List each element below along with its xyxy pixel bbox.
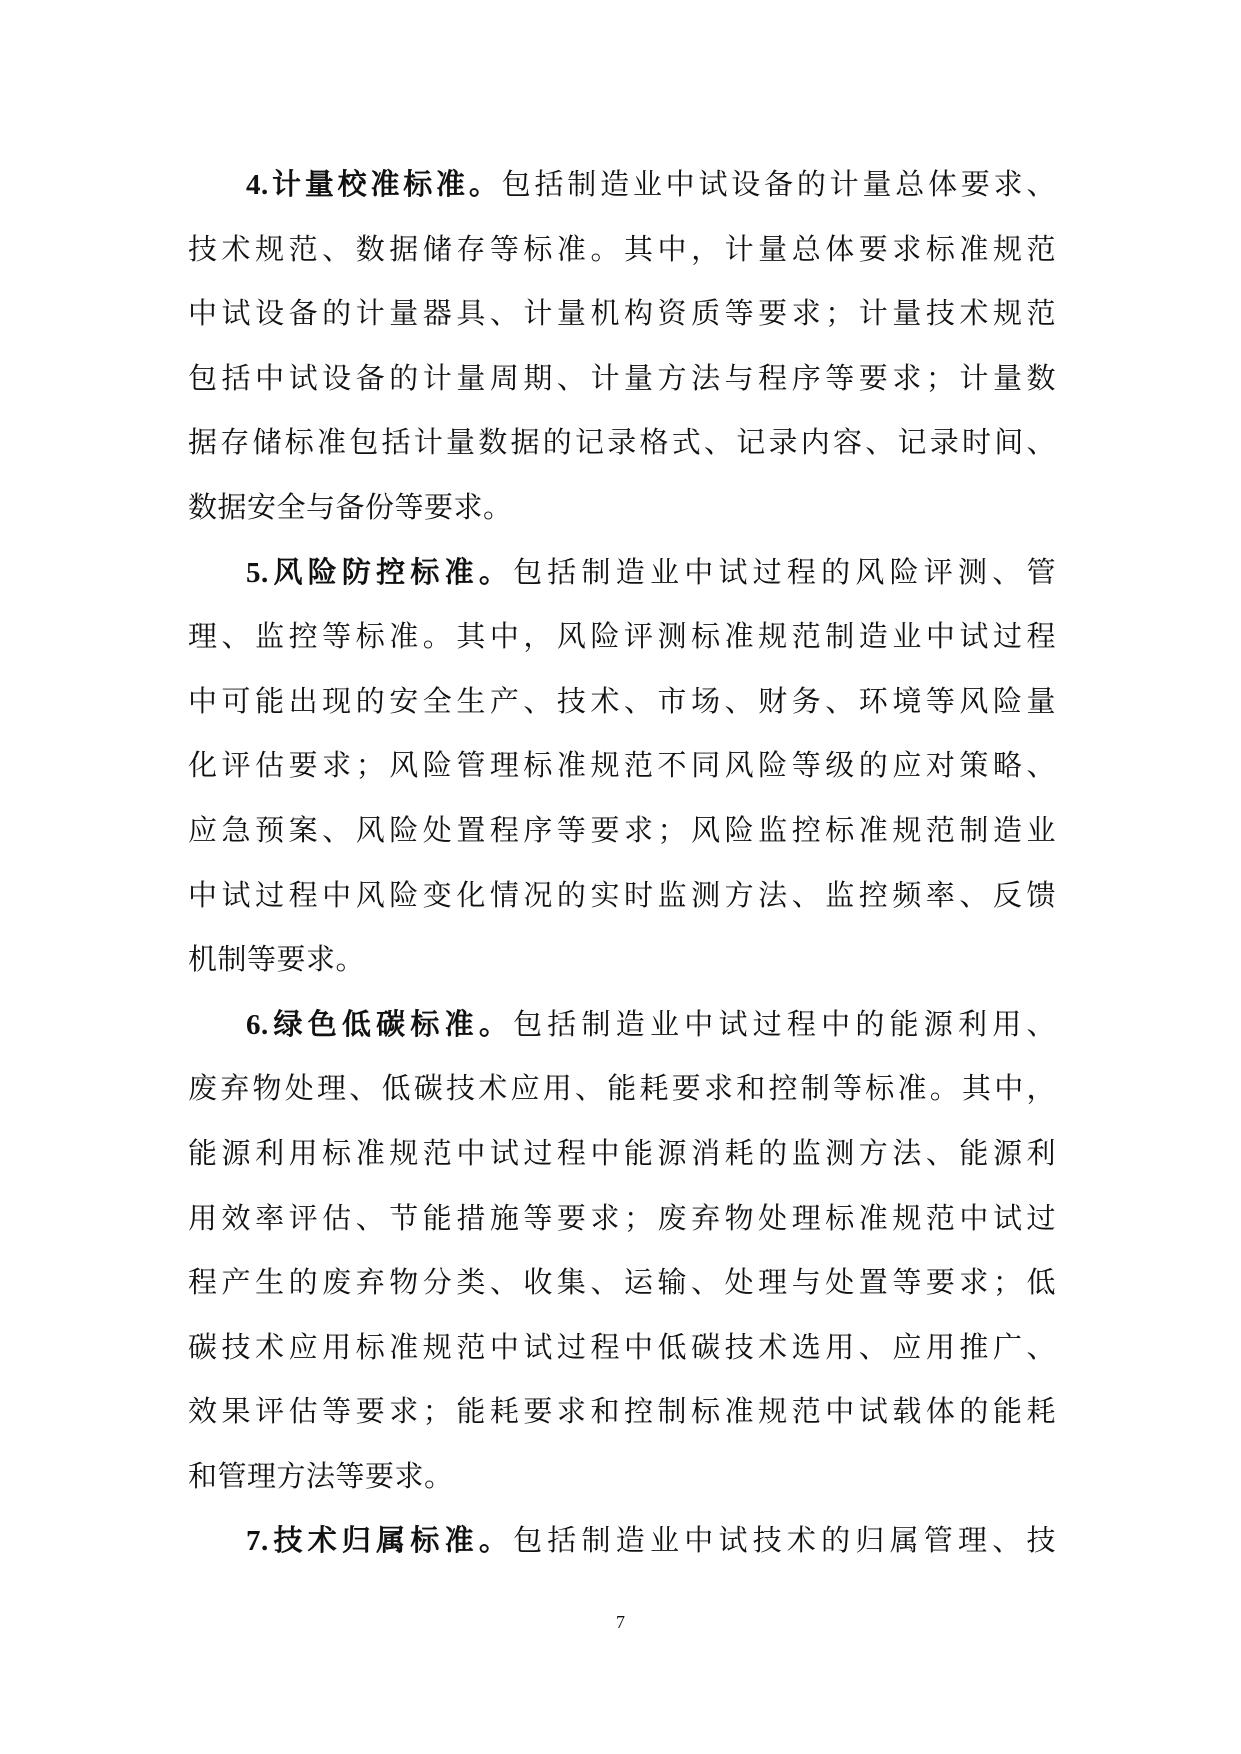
paragraph-line: 和管理方法等要求。 [188, 1444, 1056, 1509]
section-heading: 4.计量校准标准。 [246, 169, 502, 201]
paragraph-text: 包括制造业中试过程的风险评测、管 [513, 555, 1056, 589]
paragraph-line: 4.计量校准标准。包括制造业中试设备的计量总体要求、 [188, 152, 1056, 217]
paragraph-line: 中试设备的计量器具、计量机构资质等要求；计量技术规范 [188, 281, 1056, 346]
paragraph-line: 应急预案、风险处置程序等要求；风险监控标准规范制造业 [188, 798, 1056, 863]
page-number: 7 [0, 1612, 1241, 1633]
paragraph-line: 中试过程中风险变化情况的实时监测方法、监控频率、反馈 [188, 863, 1056, 928]
paragraph-line: 能源利用标准规范中试过程中能源消耗的监测方法、能源利 [188, 1121, 1056, 1186]
paragraph-line: 技术规范、数据储存等标准。其中，计量总体要求标准规范 [188, 217, 1056, 282]
paragraph-line: 碳技术应用标准规范中试过程中低碳技术选用、应用推广、 [188, 1315, 1056, 1380]
paragraph-line: 废弃物处理、低碳技术应用、能耗要求和控制等标准。其中， [188, 1056, 1056, 1121]
paragraph-line: 包括中试设备的计量周期、计量方法与程序等要求；计量数 [188, 346, 1056, 411]
paragraph-line: 理、监控等标准。其中，风险评测标准规范制造业中试过程 [188, 604, 1056, 669]
paragraph-line: 程产生的废弃物分类、收集、运输、处理与处置等要求；低 [188, 1250, 1056, 1315]
paragraph-text: 包括制造业中试技术的归属管理、技 [513, 1523, 1056, 1557]
paragraph-line: 6.绿色低碳标准。包括制造业中试过程中的能源利用、 [188, 992, 1056, 1057]
paragraph-line: 数据安全与备份等要求。 [188, 475, 1056, 540]
section-heading: 7.技术归属标准。 [246, 1525, 513, 1557]
paragraph-line: 中可能出现的安全生产、技术、市场、财务、环境等风险量 [188, 669, 1056, 734]
paragraph-line: 7.技术归属标准。包括制造业中试技术的归属管理、技 [188, 1508, 1056, 1573]
document-body: 4.计量校准标准。包括制造业中试设备的计量总体要求、 技术规范、数据储存等标准。… [188, 152, 1056, 1573]
paragraph-text: 包括制造业中试过程中的能源利用、 [513, 1007, 1056, 1041]
paragraph-line: 机制等要求。 [188, 927, 1056, 992]
section-heading: 5.风险防控标准。 [246, 557, 513, 589]
paragraph-text: 包括制造业中试设备的计量总体要求、 [502, 167, 1056, 201]
paragraph-line: 用效率评估、节能措施等要求；废弃物处理标准规范中试过 [188, 1186, 1056, 1251]
paragraph-line: 据存储标准包括计量数据的记录格式、记录内容、记录时间、 [188, 410, 1056, 475]
paragraph-line: 5.风险防控标准。包括制造业中试过程的风险评测、管 [188, 540, 1056, 605]
section-heading: 6.绿色低碳标准。 [246, 1009, 513, 1041]
paragraph-line: 效果评估等要求；能耗要求和控制标准规范中试载体的能耗 [188, 1379, 1056, 1444]
document-page: 4.计量校准标准。包括制造业中试设备的计量总体要求、 技术规范、数据储存等标准。… [0, 0, 1241, 1754]
paragraph-line: 化评估要求；风险管理标准规范不同风险等级的应对策略、 [188, 733, 1056, 798]
